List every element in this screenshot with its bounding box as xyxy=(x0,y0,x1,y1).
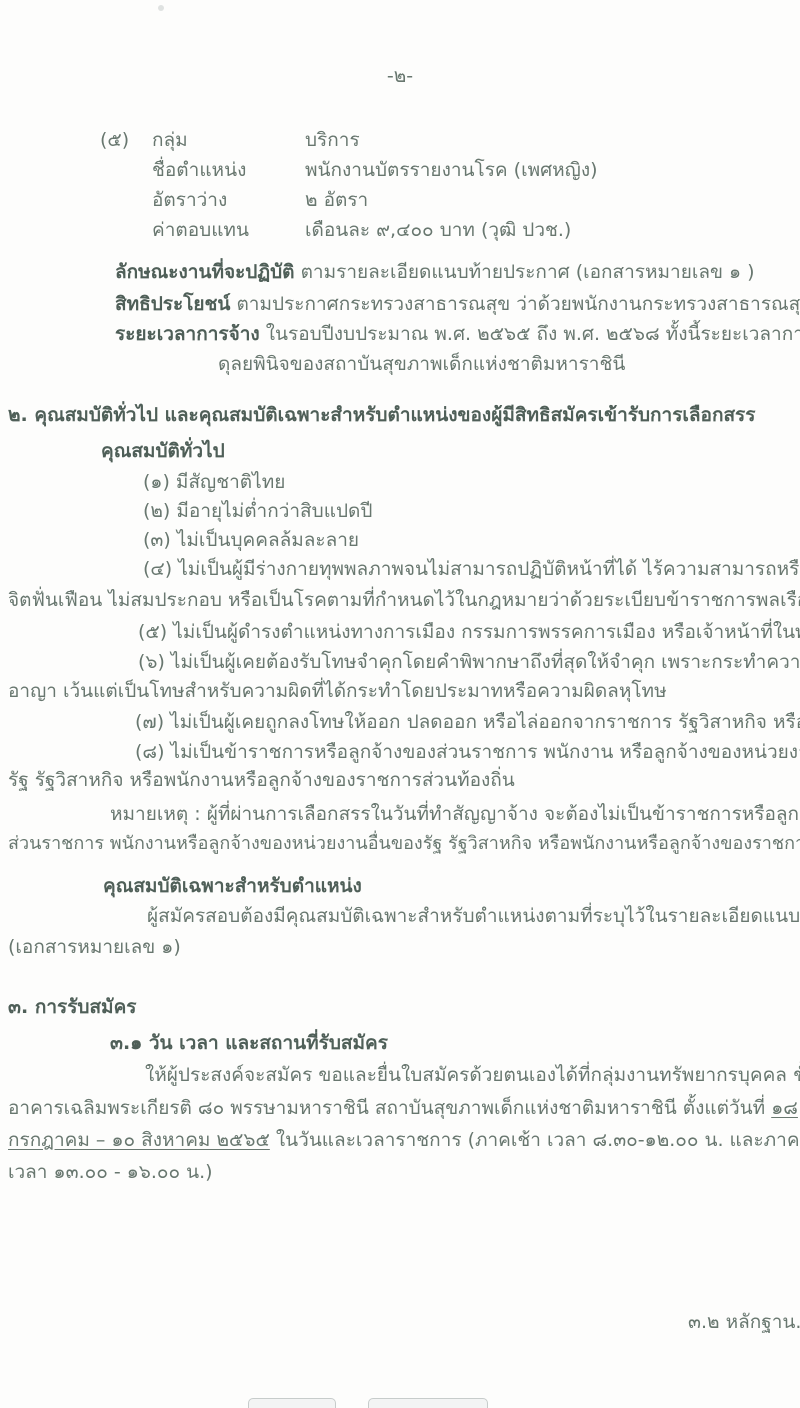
position-row-group: กลุ่มบริการ xyxy=(152,126,360,154)
scan-speck xyxy=(158,5,164,11)
general-item-5: (๕) ไม่เป็นผู้ดำรงตำแหน่งทางการเมือง กรร… xyxy=(138,618,800,646)
note-line-1: หมายเหตุ : ผู้ที่ผ่านการเลือกสรรในวันที่… xyxy=(110,800,800,828)
apply-line-3-text: ในวันและเวลาราชการ (ภาคเช้า เวลา ๘.๓๐-๑๒… xyxy=(270,1129,800,1151)
general-item-4-continuation: จิตฟั่นเฟือน ไม่สมประกอบ หรือเป็นโรคตามท… xyxy=(8,586,800,614)
specific-line-1: ผู้สมัครสอบต้องมีคุณสมบัติเฉพาะสำหรับตำแ… xyxy=(147,902,800,930)
section2-heading: ๒. คุณสมบัติทั่วไป และคุณสมบัติเฉพาะสำหร… xyxy=(8,401,755,429)
section3-sub-heading: ๓.๑ วัน เวลา และสถานที่รับสมัคร xyxy=(110,1029,388,1057)
employment-period-text: ในรอบปีงบประมาณ พ.ศ. ๒๕๖๕ ถึง พ.ศ. ๒๕๖๘ … xyxy=(266,323,800,345)
apply-line-3: กรกฎาคม – ๑๐ สิงหาคม ๒๕๖๕ ในวันและเวลารา… xyxy=(8,1126,800,1154)
position-label: ค่าตอบแทน xyxy=(152,216,305,244)
continuation-note: ๓.๒ หลักฐาน... xyxy=(688,1308,800,1336)
position-value: พนักงานบัตรรายงานโรค (เพศหญิง) xyxy=(305,159,598,181)
general-item-8-continuation: รัฐ รัฐวิสาหกิจ หรือพนักงานหรือลูกจ้างขอ… xyxy=(8,766,515,794)
employment-period-term: ระยะเวลาการจ้าง xyxy=(115,323,260,345)
note-line-2: ส่วนราชการ พนักงานหรือลูกจ้างของหน่วยงาน… xyxy=(8,830,800,858)
general-item-8: (๘) ไม่เป็นข้าราชการหรือลูกจ้างของส่วนรา… xyxy=(135,738,800,766)
page-number: -๒- xyxy=(0,62,800,90)
apply-start-date: ๑๘ xyxy=(771,1097,798,1119)
general-item-2: (๒) มีอายุไม่ต่ำกว่าสิบแปดปี xyxy=(143,497,372,525)
apply-line-4: เวลา ๑๓.๐๐ - ๑๖.๐๐ น.) xyxy=(8,1158,213,1186)
section2-specific-heading: คุณสมบัติเฉพาะสำหรับตำแหน่ง xyxy=(103,872,362,900)
position-label: อัตราว่าง xyxy=(152,186,305,214)
general-item-7: (๗) ไม่เป็นผู้เคยถูกลงโทษให้ออก ปลดออก ห… xyxy=(135,708,800,736)
apply-line-1: ให้ผู้ประสงค์จะสมัคร ขอและยื่นใบสมัครด้ว… xyxy=(145,1061,800,1089)
general-item-6-continuation: อาญา เว้นแต่เป็นโทษสำหรับความผิดที่ได้กร… xyxy=(8,677,667,705)
document-page: -๒- (๕) กลุ่มบริการ ชื่อตำแหน่งพนักงานบั… xyxy=(0,0,800,1408)
section3-heading: ๓. การรับสมัคร xyxy=(8,993,137,1021)
position-value: เดือนละ ๙,๔๐๐ บาท (วุฒิ ปวช.) xyxy=(305,219,571,241)
position-label: ชื่อตำแหน่ง xyxy=(152,156,305,184)
position-value: บริการ xyxy=(305,129,360,151)
employment-period-line: ระยะเวลาการจ้าง ในรอบปีงบประมาณ พ.ศ. ๒๕๖… xyxy=(115,320,800,348)
benefits-term: สิทธิประโยชน์ xyxy=(115,293,230,315)
cutoff-shape-right xyxy=(368,1398,488,1408)
general-item-6: (๖) ไม่เป็นผู้เคยต้องรับโทษจำคุกโดยคำพิพ… xyxy=(138,648,800,676)
position-item-number: (๕) xyxy=(100,126,129,154)
specific-line-2: (เอกสารหมายเลข ๑) xyxy=(8,933,181,961)
general-item-3: (๓) ไม่เป็นบุคคลล้มละลาย xyxy=(143,526,359,554)
benefits-line: สิทธิประโยชน์ ตามประกาศกระทรวงสาธารณสุข … xyxy=(115,290,800,318)
section2-general-heading: คุณสมบัติทั่วไป xyxy=(101,437,225,465)
employment-period-continuation: ดุลยพินิจของสถาบันสุขภาพเด็กแห่งชาติมหาร… xyxy=(218,350,625,378)
cutoff-shape-left xyxy=(248,1398,336,1408)
benefits-text: ตามประกาศกระทรวงสาธารณสุข ว่าด้วยพนักงาน… xyxy=(236,293,800,315)
position-row-salary: ค่าตอบแทนเดือนละ ๙,๔๐๐ บาท (วุฒิ ปวช.) xyxy=(152,216,571,244)
apply-date-range: กรกฎาคม – ๑๐ สิงหาคม ๒๕๖๕ xyxy=(8,1129,270,1151)
general-item-4: (๔) ไม่เป็นผู้มีร่างกายทุพพลภาพจนไม่สามา… xyxy=(143,555,800,583)
position-row-vacancy: อัตราว่าง๒ อัตรา xyxy=(152,186,368,214)
position-label: กลุ่ม xyxy=(152,126,305,154)
apply-line-2: อาคารเฉลิมพระเกียรติ ๘๐ พรรษามหาราชินี ส… xyxy=(8,1094,798,1122)
position-value: ๒ อัตรา xyxy=(305,189,368,211)
duties-line: ลักษณะงานที่จะปฏิบัติ ตามรายละเอียดแนบท้… xyxy=(115,258,755,286)
apply-line-2-text: อาคารเฉลิมพระเกียรติ ๘๐ พรรษามหาราชินี ส… xyxy=(8,1097,771,1119)
general-item-1: (๑) มีสัญชาติไทย xyxy=(143,468,285,496)
duties-text: ตามรายละเอียดแนบท้ายประกาศ (เอกสารหมายเล… xyxy=(301,261,755,283)
duties-term: ลักษณะงานที่จะปฏิบัติ xyxy=(115,261,295,283)
position-row-title: ชื่อตำแหน่งพนักงานบัตรรายงานโรค (เพศหญิง… xyxy=(152,156,598,184)
